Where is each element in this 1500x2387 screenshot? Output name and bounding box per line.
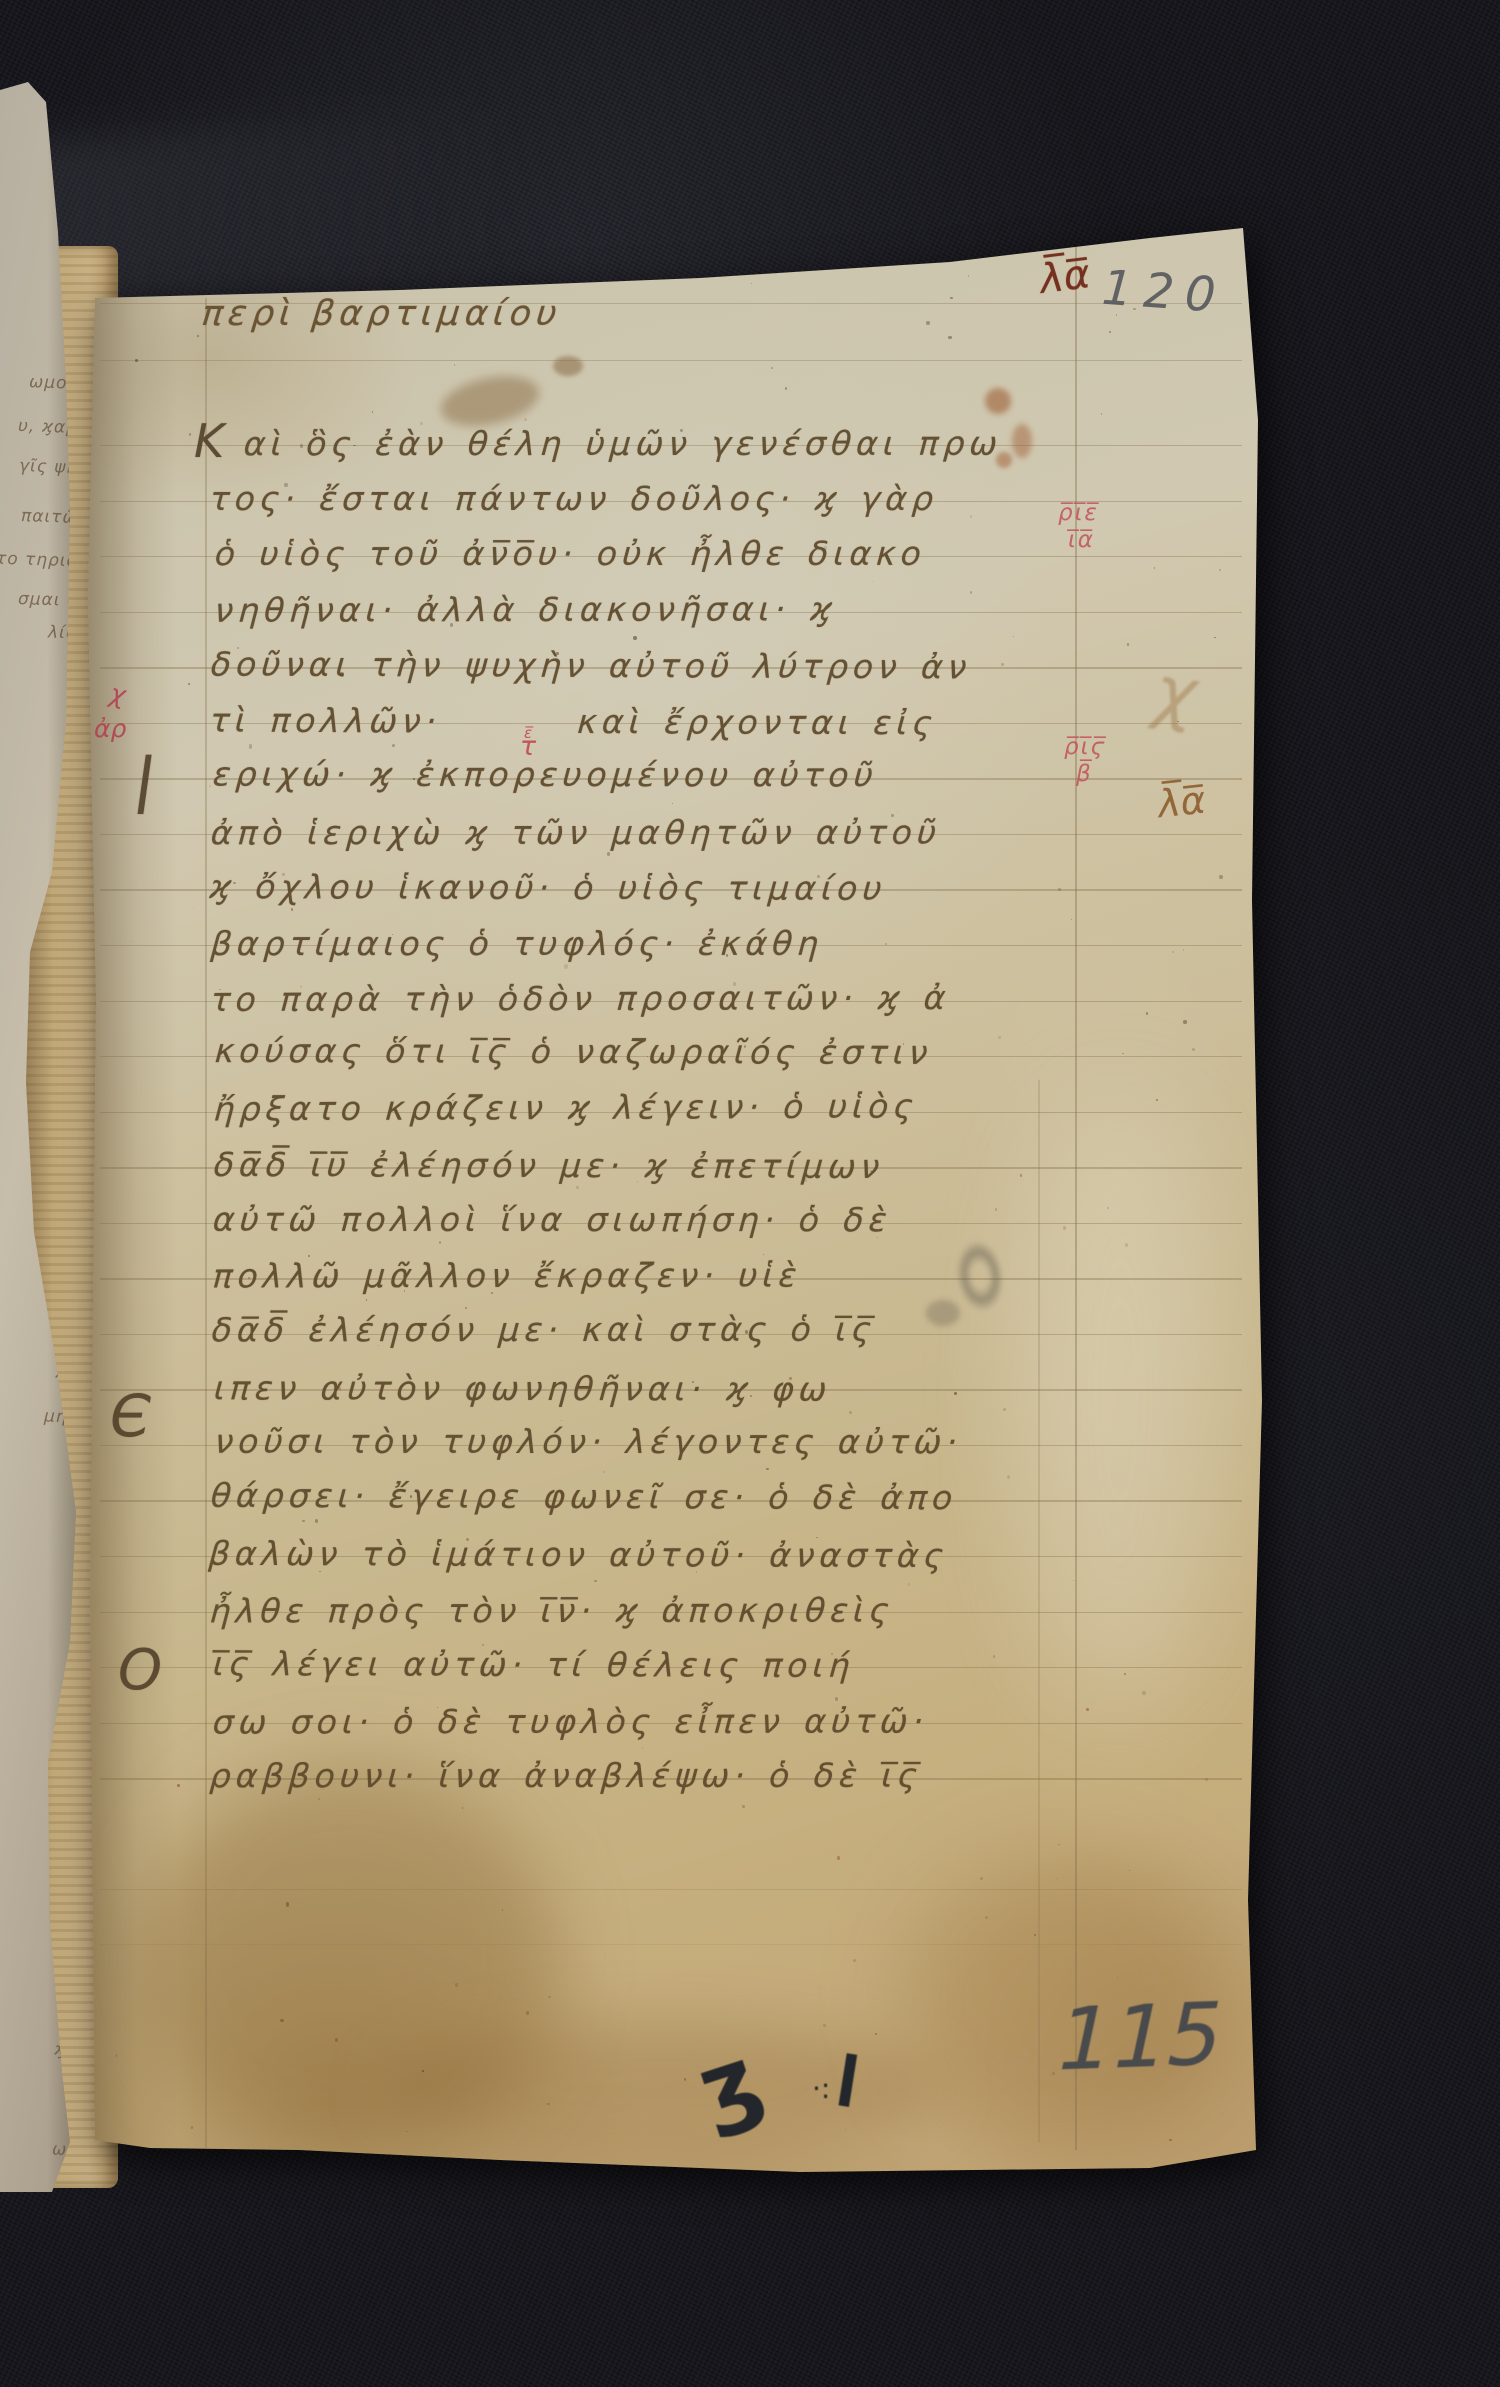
speck	[771, 367, 772, 369]
speck	[454, 364, 455, 365]
ink-scribble: ʒ ·: ǀ	[700, 2030, 920, 2180]
enlarged-initial: Є	[110, 1382, 151, 1450]
folio-number-pencil: 120	[1100, 260, 1228, 325]
speck	[1034, 1934, 1035, 1935]
text-line: πολλῶ μᾶλλον ἔκραζεν· υἱὲ	[211, 1255, 802, 1295]
speck	[633, 636, 637, 639]
speck	[286, 1902, 290, 1906]
text-line: θάρσει· ἔγειρε φωνεῖ σε· ὁ δὲ ἀπο	[209, 1476, 958, 1517]
speck	[835, 1697, 838, 1701]
speck	[1124, 1673, 1127, 1675]
speck	[318, 1798, 320, 1801]
speck	[455, 1983, 458, 1986]
speck	[968, 275, 969, 276]
speck	[849, 1411, 851, 1414]
eusebian-section-upper: ρ̅ι̅ε̅ ι̅α̅	[1058, 500, 1099, 554]
text-line: εριχώ· ϗ ἐκπορευομένου αὐτοῦ	[212, 755, 880, 795]
speck	[1169, 2139, 1171, 2141]
stain	[553, 356, 583, 376]
running-title: περὶ βαρτιμαίου	[200, 294, 564, 334]
speck	[1219, 569, 1221, 571]
ammonian-section: ρ̅ι̅ϛ̅	[1064, 734, 1106, 761]
speck	[766, 1468, 769, 1470]
speck	[1142, 1691, 1145, 1695]
enlarged-initial: Ι	[136, 738, 153, 833]
speck	[1073, 1580, 1074, 1581]
text-line: βαρτίμαιος ὁ τυφλός· ἐκάθη	[210, 924, 825, 963]
ruled-line	[100, 1889, 1242, 1890]
speck	[1156, 1099, 1158, 1101]
speck	[406, 2131, 408, 2133]
speck	[177, 1784, 180, 1787]
stain	[1020, 1100, 1220, 1700]
manuscript-photo: περὶ βαρτιμαίου λ̅α̅ 120 αὶ ὃς ἐὰν θέλη …	[0, 0, 1500, 2387]
enlarged-initial: Ο	[118, 1638, 162, 1703]
speck	[763, 1254, 764, 1255]
text-line: ἤρξατο κράζειν ϗ λέγειν· ὁ υἱὸς	[213, 1087, 920, 1129]
speck	[1058, 888, 1061, 891]
text-line: ϗ ὄχλου ἱκανοῦ· ὁ υἱὸς τιμαίου	[208, 867, 888, 908]
speck	[1101, 413, 1102, 415]
text-line: ιπεν αὐτὸν φωνηθῆναι· ϗ φω	[213, 1369, 833, 1409]
speck	[422, 2070, 424, 2072]
text-line: ἦλθε πρὸς τὸν ι̅ν̅· ϗ ἀποκριθεὶς	[209, 1591, 895, 1631]
ruled-line	[100, 1944, 1242, 1945]
text-line: νηθῆναι· ἀλλὰ διακονῆσαι· ϗ	[213, 589, 837, 629]
speck	[524, 418, 527, 421]
text-line: τος· ἔσται πάντων δοῦλος· ϗ γὰρ	[208, 479, 939, 518]
text-line: ἀπὸ ἱεριχὼ ϗ τῶν μαθητῶν αὐτοῦ	[209, 813, 942, 853]
text-line: νοῦσι τὸν τυφλόν· λέγοντες αὐτῶ·	[213, 1421, 963, 1461]
text-line: δα̅δ̅ ἐλέησόν με· καὶ στὰς ὁ ι̅ς̅	[211, 1310, 878, 1350]
speck	[1058, 1844, 1060, 1845]
ruled-line-vertical	[205, 298, 207, 2148]
page-number-ink: 115	[1047, 1985, 1234, 2091]
smudge-mark-small	[926, 1300, 960, 1326]
text-line: ραββουνι· ἵνα ἀναβλέψω· ὁ δὲ ι̅ς̅	[209, 1755, 924, 1795]
text-line: δοῦναι τὴν ψυχὴν αὐτοῦ λύτρον ἀν	[210, 645, 973, 687]
text-line: ι̅ς̅ λέγει αὐτῶ· τί θέλεις ποιή	[212, 1644, 857, 1685]
scribble-dots: ·:	[812, 2072, 830, 2105]
scribble-stroke: ǀ	[833, 2043, 864, 2110]
speck	[837, 1856, 839, 1859]
speck	[526, 2011, 529, 2015]
speck	[564, 964, 568, 969]
speck	[193, 908, 194, 909]
speck	[131, 941, 132, 942]
text-line: ὁ υἱὸς τοῦ ἀν̅ο̅υ· οὐκ ἦλθε διακο	[214, 534, 928, 573]
text-line: το παρὰ τὴν ὁδὸν προσαιτῶν· ϗ ἀ	[210, 978, 952, 1019]
manuscript-page: περὶ βαρτιμαίου λ̅α̅ 120 αὶ ὃς ἐὰν θέλη …	[0, 0, 1500, 2387]
text-line: αὐτῶ πολλοὶ ἵνα σιωπήση· ὁ δὲ	[212, 1200, 893, 1239]
ruled-line-vertical	[1038, 1080, 1040, 2142]
enlarged-initial: Κ	[194, 414, 224, 468]
speck	[823, 2024, 826, 2027]
lection-end-mark: ε̅ τ	[508, 726, 548, 754]
speck	[576, 1186, 579, 1189]
margin-arche-mark: ἀρ	[94, 714, 126, 743]
speck	[135, 359, 138, 362]
speck	[465, 1307, 467, 1309]
speck	[1146, 1012, 1148, 1015]
speck	[189, 433, 192, 436]
speck	[985, 1916, 988, 1919]
speck	[1063, 1226, 1066, 1230]
facing-page-fragment: παιτῶ	[21, 506, 78, 528]
speck	[1125, 1243, 1128, 1247]
speck	[188, 683, 189, 685]
speck	[1109, 331, 1111, 333]
eusebian-section-lower: ρ̅ι̅ϛ̅ β̅	[1064, 734, 1106, 788]
eusebian-canon: β̅	[1064, 761, 1106, 788]
text-line: τὶ πολλῶν· καὶ ἔρχονται εἰς	[209, 700, 939, 742]
stain	[1012, 424, 1032, 458]
speck	[1183, 1020, 1186, 1024]
text-line: κούσας ὅτι ι̅ς̅ ὁ ναζωραῖός ἐστιν	[213, 1031, 933, 1072]
speck	[548, 1996, 551, 1998]
speck	[948, 336, 952, 340]
facing-page-fragment: το τηριο	[0, 549, 78, 572]
speck	[1219, 875, 1222, 879]
speck	[926, 321, 929, 324]
text-line: σω σοι· ὁ δὲ τυφλὸς εἶπεν αὐτῶ·	[212, 1701, 930, 1741]
stain	[985, 388, 1011, 414]
speck	[607, 852, 610, 856]
speck	[197, 335, 199, 337]
speck	[805, 258, 808, 261]
eusebian-canon: ι̅α̅	[1058, 527, 1099, 554]
text-line: αὶ ὃς ἐὰν θέλη ὑμῶν γενέσθαι πρω	[243, 424, 1004, 464]
ammonian-section: ρ̅ι̅ε̅	[1058, 500, 1099, 527]
lection-mark-bottom: τ	[508, 740, 548, 754]
speck	[742, 1805, 745, 1808]
speck	[1107, 1207, 1109, 1209]
text-line: βαλὼν τὸ ἱμάτιον αὐτοῦ· ἀναστὰς	[208, 1533, 950, 1574]
speck	[366, 1299, 367, 1301]
manuscript-page-wrap: περὶ βαρτιμαίου λ̅α̅ 120 αὶ ὃς ἐὰν θέλη …	[0, 0, 1500, 2387]
speck	[392, 744, 394, 747]
kephalaion-number-top: λ̅α̅	[1037, 251, 1092, 303]
speck	[853, 1959, 856, 1962]
kephalaion-number-margin: λ̅α̅	[1156, 778, 1208, 827]
ruled-line	[100, 360, 1242, 361]
speck	[1122, 1053, 1123, 1054]
text-line: δα̅δ̅ ι̅υ̅ ἐλέησόν με· ϗ ἐπετίμων	[213, 1145, 886, 1186]
